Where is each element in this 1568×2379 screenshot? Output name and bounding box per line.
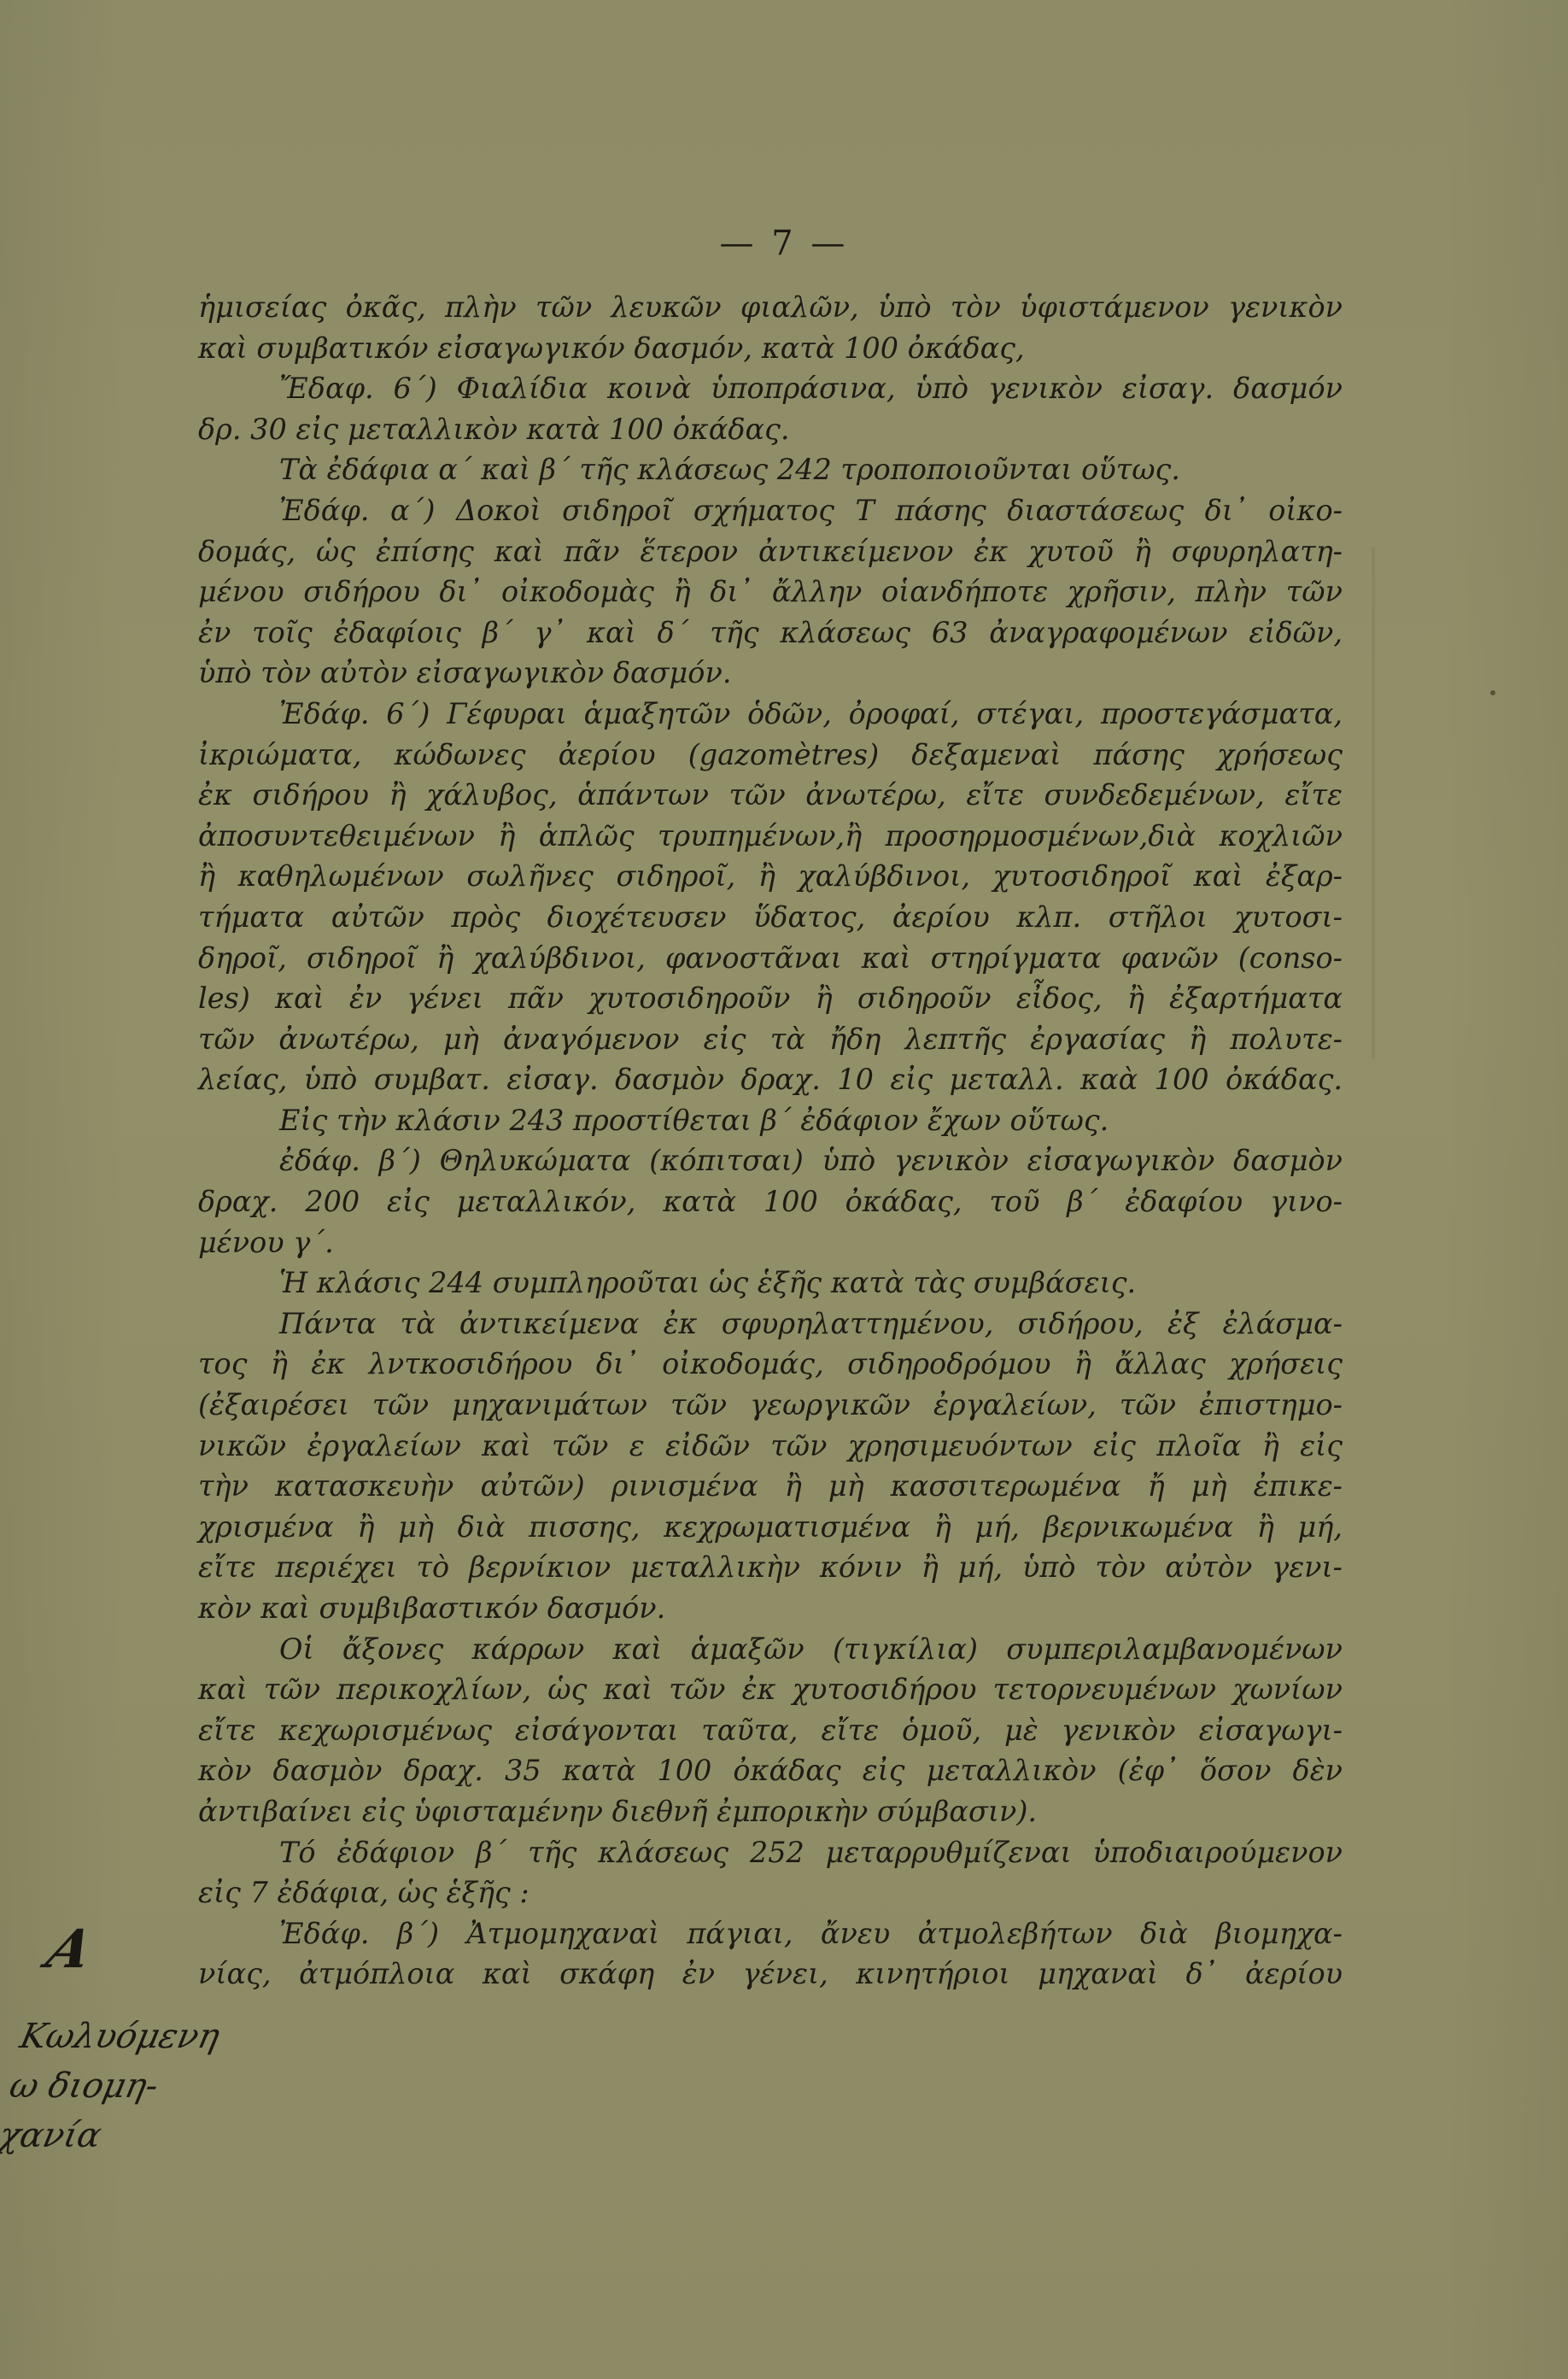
text-line: (ἐξαιρέσει τῶν μηχανιμάτων τῶν γεωργικῶν… [198, 1385, 1343, 1426]
margin-note-handwritten: Κωλυόμενη ω διομη- χανία [0, 2012, 224, 2160]
text-line: καὶ συμβατικόν εἰσαγωγικόν δασμόν, κατὰ … [198, 328, 1343, 369]
text-line: Οἱ ἄξονες κάρρων καὶ ἁμαξῶν (τιγκίλια) σ… [198, 1629, 1343, 1670]
margin-note-line: χανία [0, 2111, 203, 2160]
text-line: κὸν καὶ συμβιβαστικόν δασμόν. [198, 1588, 1343, 1629]
page-number: — 7 — [0, 224, 1568, 263]
text-line: εἰς 7 ἐδάφια, ὡς ἑξῆς : [198, 1872, 1343, 1913]
text-line: τὴν κατασκευὴν αὐτῶν) ρινισμένα ἢ μὴ κασ… [198, 1466, 1343, 1507]
text-line: ἐν τοῖς ἐδαφίοις β΄ γ᾿ καὶ δ΄ τῆς κλάσεω… [198, 612, 1343, 653]
scanned-page: — 7 — ἡμισείας ὀκᾶς, πλὴν τῶν λευκῶν φια… [0, 0, 1568, 2379]
text-line: χρισμένα ἢ μὴ διὰ πισσης, κεχρωματισμένα… [198, 1507, 1343, 1548]
text-line: ἐκ σιδήρου ἢ χάλυβος, ἁπάντων τῶν ἀνωτέρ… [198, 775, 1343, 816]
text-line: δρ. 30 εἰς μεταλλικὸν κατὰ 100 ὀκάδας. [198, 409, 1343, 450]
text-line: les) καὶ ἐν γένει πᾶν χυτοσιδηροῦν ἢ σιδ… [198, 978, 1343, 1019]
text-line: ἀποσυντεθειμένων ἢ ἁπλῶς τρυπημένων,ἢ πρ… [198, 816, 1343, 857]
paper-fold-shadow [1371, 547, 1376, 1059]
margin-note-line: Κωλυόμενη [15, 2012, 224, 2061]
text-line: ἀντιβαίνει εἰς ὑφισταμένην διεθνῆ ἐμπορι… [198, 1791, 1343, 1832]
paper-speck [1490, 690, 1495, 695]
text-line: Ἐδάφ. α΄) Δοκοὶ σιδηροῖ σχήματος Τ πάσης… [198, 490, 1343, 531]
text-line: κὸν δασμὸν δραχ. 35 κατὰ 100 ὀκάδας εἰς … [198, 1750, 1343, 1791]
text-line: ἢ καθηλωμένων σωλῆνες σιδηροῖ, ἢ χαλύβδι… [198, 856, 1343, 897]
text-line: ἰκριώματα, κώδωνες ἀερίου (gazomètres) δ… [198, 735, 1343, 776]
text-line: δομάς, ὡς ἐπίσης καὶ πᾶν ἕτερον ἀντικείμ… [198, 531, 1343, 572]
text-line: ἐδάφ. β΄) Θηλυκώματα (κόπιτσαι) ὑπὸ γενι… [198, 1140, 1343, 1181]
text-line: μένου σιδήρου δι᾿ οἰκοδομὰς ἢ δι᾿ ἄλλην … [198, 571, 1343, 612]
text-line: τῶν ἀνωτέρω, μὴ ἀναγόμενον εἰς τὰ ἤδη λε… [198, 1019, 1343, 1060]
document-body: ἡμισείας ὀκᾶς, πλὴν τῶν λευκῶν φιαλῶν, ὑ… [198, 287, 1343, 1995]
text-line: λείας, ὑπὸ συμβατ. εἰσαγ. δασμὸν δραχ. 1… [198, 1059, 1343, 1100]
margin-mark-handwritten: A [39, 1918, 101, 1980]
text-line: καὶ τῶν περικοχλίων, ὡς καὶ τῶν ἐκ χυτοσ… [198, 1669, 1343, 1710]
text-line: τος ἢ ἐκ λντκοσιδήρου δι᾿ οἰκοδομάς, σιδ… [198, 1344, 1343, 1385]
text-line: Ἐδάφ. 6΄) Γέφυραι ἁμαξητῶν ὁδῶν, ὀροφαί,… [198, 694, 1343, 735]
text-line: Πάντα τὰ ἀντικείμενα ἐκ σφυρηλαττημένου,… [198, 1304, 1343, 1345]
text-line: Τὰ ἐδάφια α΄ καὶ β΄ τῆς κλάσεως 242 τροπ… [198, 449, 1343, 490]
text-line: Τό ἐδάφιον β΄ τῆς κλάσεως 252 μεταρρυθμί… [198, 1832, 1343, 1873]
text-line: εἴτε κεχωρισμένως εἰσάγονται ταῦτα, εἴτε… [198, 1710, 1343, 1751]
text-line: Ἔδαφ. 6΄) Φιαλίδια κοινὰ ὑποπράσινα, ὑπὸ… [198, 368, 1343, 409]
margin-note-line: ω διομη- [5, 2061, 214, 2111]
text-line: νίας, ἀτμόπλοια καὶ σκάφη ἐν γένει, κινη… [198, 1954, 1343, 1995]
text-line: δηροῖ, σιδηροῖ ἢ χαλύβδινοι, φανοστᾶναι … [198, 938, 1343, 979]
text-line: Εἰς τὴν κλάσιν 243 προστίθεται β΄ ἐδάφιο… [198, 1100, 1343, 1141]
text-line: εἴτε περιέχει τὸ βερνίκιον μεταλλικὴν κό… [198, 1547, 1343, 1588]
text-line: δραχ. 200 εἰς μεταλλικόν, κατὰ 100 ὀκάδα… [198, 1181, 1343, 1222]
text-line: νικῶν ἐργαλείων καὶ τῶν ε εἰδῶν τῶν χρησ… [198, 1426, 1343, 1467]
text-line: μένου γ΄. [198, 1222, 1343, 1263]
text-line: τήματα αὐτῶν πρὸς διοχέτευσεν ὕδατος, ἀε… [198, 897, 1343, 938]
text-line: Ἐδάφ. β΄) Ἀτμομηχαναὶ πάγιαι, ἄνευ ἀτμολ… [198, 1913, 1343, 1954]
text-line: ἡμισείας ὀκᾶς, πλὴν τῶν λευκῶν φιαλῶν, ὑ… [198, 287, 1343, 328]
text-line: ὑπὸ τὸν αὐτὸν εἰσαγωγικὸν δασμόν. [198, 653, 1343, 694]
text-line: Ἡ κλάσις 244 συμπληροῦται ὡς ἑξῆς κατὰ τ… [198, 1263, 1343, 1304]
